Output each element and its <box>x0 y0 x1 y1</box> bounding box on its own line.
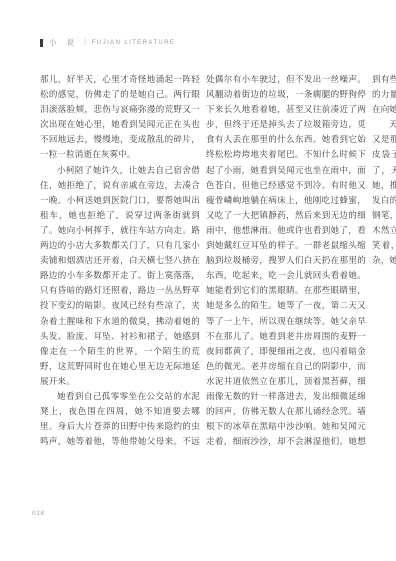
page-number: 028 <box>32 511 45 517</box>
story-text-columns: 那儿，好半天，心里才奇怪地涌起一阵轻松的感觉，仿佛走了的是她自己。两行眼泪滚落脸… <box>40 72 366 452</box>
header-divider: | <box>84 39 86 46</box>
section-marker-icon <box>40 39 43 47</box>
body-paragraph: 小柯陪了她许久，让她去自己宿舍借住，她拒绝了，说有亲戚在旁边，去凑合一晚。小柯送… <box>40 163 200 389</box>
section-label: 小 说 <box>49 37 78 48</box>
magazine-page: 小 说 | FUJIAN LITERATURE 那儿，好半天，心里才奇怪地涌起一… <box>0 0 396 561</box>
editor-credit: 责任编辑 杨静南 <box>372 269 396 284</box>
page-header: 小 说 | FUJIAN LITERATURE <box>40 37 175 48</box>
magazine-name: FUJIAN LITERATURE <box>92 40 175 46</box>
body-paragraph: 天蒙蒙亮时，她看到在灰色黎明中，又是那个头发像茅草的人，肩上背着个蛇皮袋子，远远… <box>372 117 396 268</box>
body-paragraph: 那儿，好半天，心里才奇怪地涌起一阵轻松的感觉，仿佛走了的是她自己。两行眼泪滚落脸… <box>40 72 200 163</box>
